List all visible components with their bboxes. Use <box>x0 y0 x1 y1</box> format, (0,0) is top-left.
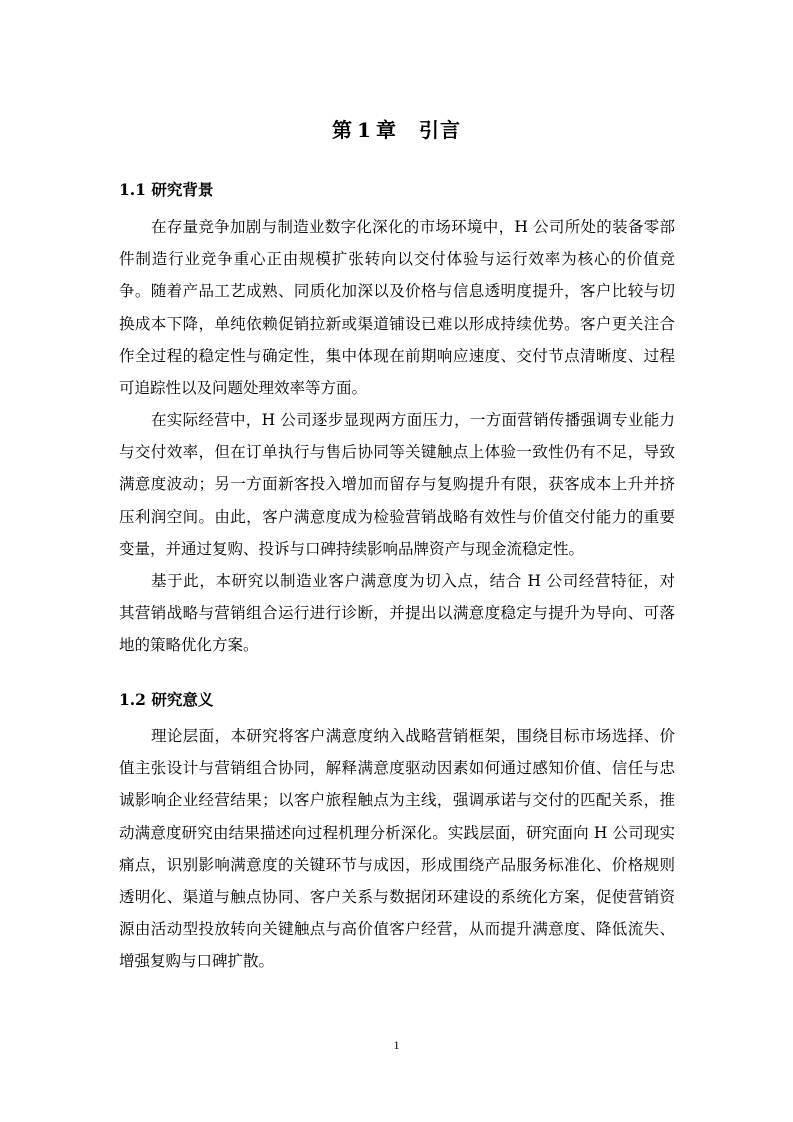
chapter-number-suffix: 章 <box>376 118 397 142</box>
text-line: 件制造行业竞争重心正由规模扩张转向以交付体验与运行效率为核心的价值竞 <box>119 243 675 275</box>
text-line: 基于此，本研究以制造业客户满意度为切入点，结合 H 公司经营特征，对 <box>119 565 675 597</box>
text-line: 透明化、渠道与触点协同、客户关系与数据闭环建设的系统化方案，促使营销资 <box>119 881 675 913</box>
text-line: 地的策略优化方案。 <box>119 629 675 661</box>
text-line: 其营销战略与营销组合运行进行诊断，并提出以满意度稳定与提升为导向、可落 <box>119 597 675 629</box>
text-line: 争。随着产品工艺成熟、同质化加深以及价格与信息透明度提升，客户比较与切 <box>119 275 675 307</box>
paragraph-background-1: 在存量竞争加剧与制造业数字化深化的市场环境中，H 公司所处的装备零部 件制造行业… <box>119 211 675 404</box>
text-line: 动满意度研究由结果描述向过程机理分析深化。实践层面，研究面向 H 公司现实 <box>119 817 675 849</box>
text-line: 在实际经营中，H 公司逐步显现两方面压力，一方面营销传播强调专业能力 <box>119 404 675 436</box>
page-number: 1 <box>0 1038 793 1053</box>
text-line: 痛点，识别影响满意度的关键环节与成因，形成围绕产品服务标准化、价格规则 <box>119 849 675 881</box>
text-line: 增强复购与口碑扩散。 <box>119 945 675 977</box>
text-line: 与交付效率，但在订单执行与售后协同等关键触点上体验一致性仍有不足，导致 <box>119 436 675 468</box>
text-line: 诚影响企业经营结果；以客户旅程触点为主线，强调承诺与交付的匹配关系，推 <box>119 784 675 816</box>
paragraph-significance-1: 理论层面，本研究将客户满意度纳入战略营销框架，围绕目标市场选择、价 值主张设计与… <box>119 720 675 978</box>
text-line: 理论层面，本研究将客户满意度纳入战略营销框架，围绕目标市场选择、价 <box>119 720 675 752</box>
text-line: 换成本下降，单纯依赖促销拉新或渠道铺设已难以形成持续优势。客户更关注合 <box>119 308 675 340</box>
text-line: 压利润空间。由此，客户满意度成为检验营销战略有效性与价值交付能力的重要 <box>119 501 675 533</box>
paragraph-background-3: 基于此，本研究以制造业客户满意度为切入点，结合 H 公司经营特征，对 其营销战略… <box>119 565 675 662</box>
text-line: 值主张设计与营销组合协同，解释满意度驱动因素如何通过感知价值、信任与忠 <box>119 752 675 784</box>
text-line: 在存量竞争加剧与制造业数字化深化的市场环境中，H 公司所处的装备零部 <box>119 211 675 243</box>
section-heading-background: 1.1 研究背景 <box>119 178 213 200</box>
section-heading-significance: 1.2 研究意义 <box>119 688 213 710</box>
text-line: 源由活动型投放转向关键触点与高价值客户经营，从而提升满意度、降低流失、 <box>119 913 675 945</box>
text-line: 作全过程的稳定性与确定性，集中体现在前期响应速度、交付节点清晰度、过程 <box>119 340 675 372</box>
text-line: 满意度波动；另一方面新客投入增加而留存与复购提升有限，获客成本上升并挤 <box>119 468 675 500</box>
paragraph-background-2: 在实际经营中，H 公司逐步显现两方面压力，一方面营销传播强调专业能力 与交付效率… <box>119 404 675 565</box>
text-line: 可追踪性以及问题处理效率等方面。 <box>119 372 675 404</box>
chapter-title: 第1章引言 <box>0 114 793 143</box>
chapter-number: 1 <box>357 118 372 142</box>
chapter-number-prefix: 第 <box>332 118 353 142</box>
chapter-name: 引言 <box>419 118 461 142</box>
document-page: 第1章引言 1.1 研究背景 在存量竞争加剧与制造业数字化深化的市场环境中，H … <box>0 0 793 1122</box>
text-line: 变量，并通过复购、投诉与口碑持续影响品牌资产与现金流稳定性。 <box>119 533 675 565</box>
